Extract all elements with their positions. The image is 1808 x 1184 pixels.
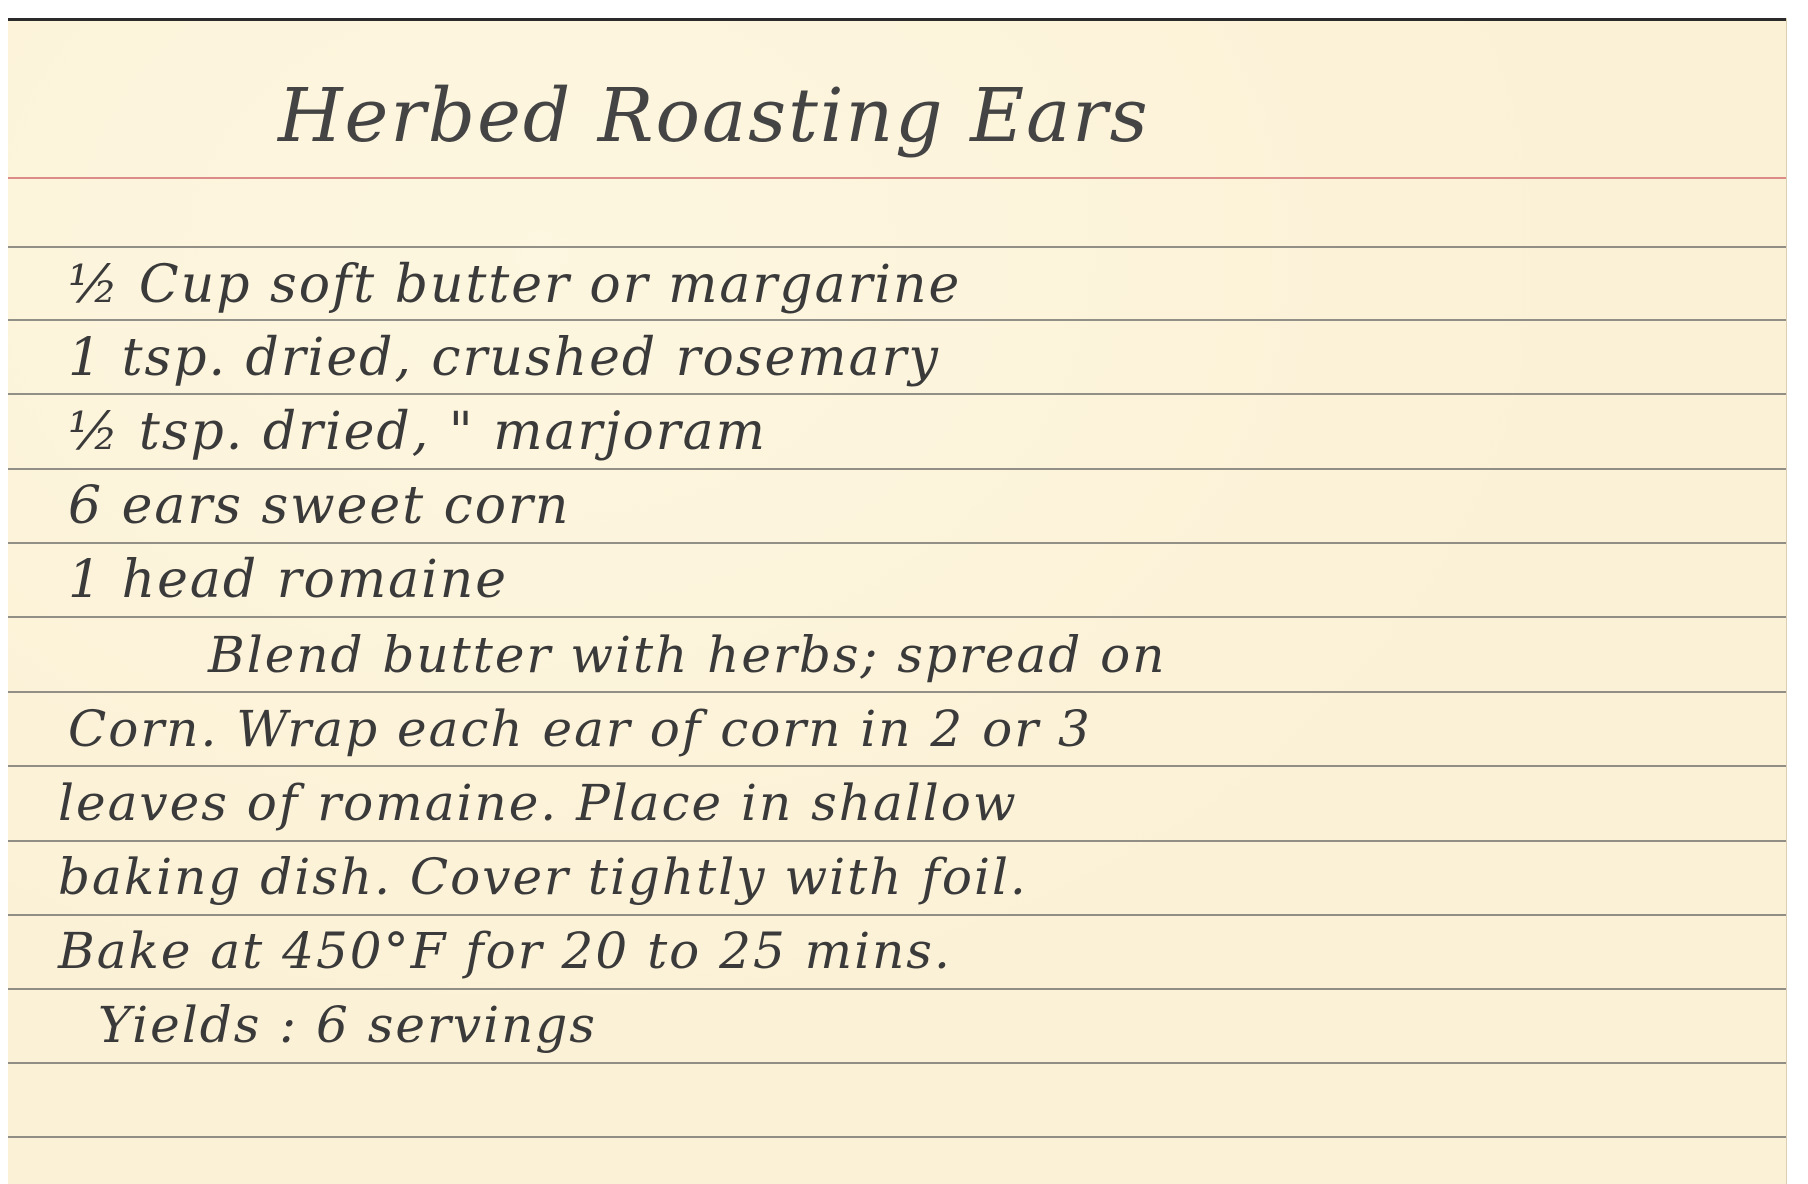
ruled-line (8, 1062, 1786, 1064)
ruled-line (8, 988, 1786, 990)
ruled-line (8, 319, 1786, 321)
ruled-line (8, 1136, 1786, 1138)
recipe-title: Herbed Roasting Ears (278, 73, 1150, 159)
ruled-line (8, 914, 1786, 916)
direction-line: baking dish. Cover tightly with foil. (58, 848, 1028, 906)
recipe-card: Herbed Roasting Ears ½ Cup soft butter o… (8, 18, 1786, 1184)
ruled-line (8, 840, 1786, 842)
direction-line: leaves of romaine. Place in shallow (58, 774, 1018, 832)
yield-line: Yields : 6 servings (98, 996, 597, 1054)
ingredient-line: 6 ears sweet corn (68, 476, 570, 536)
direction-line: Corn. Wrap each ear of corn in 2 or 3 (68, 700, 1092, 758)
ingredient-line: 1 tsp. dried, crushed rosemary (68, 328, 940, 388)
ruled-line (8, 468, 1786, 470)
direction-line: Bake at 450°F for 20 to 25 mins. (58, 922, 952, 980)
ingredient-line: ½ tsp. dried, " marjoram (68, 402, 767, 462)
ruled-line (8, 765, 1786, 767)
ingredient-line: 1 head romaine (68, 550, 508, 610)
ruled-line (8, 246, 1786, 248)
ruled-line (8, 616, 1786, 618)
ruled-line (8, 691, 1786, 693)
header-red-rule (8, 177, 1786, 179)
ruled-line (8, 393, 1786, 395)
ingredient-line: ½ Cup soft butter or margarine (68, 255, 961, 315)
direction-line: Blend butter with herbs; spread on (208, 626, 1166, 684)
ruled-line (8, 542, 1786, 544)
